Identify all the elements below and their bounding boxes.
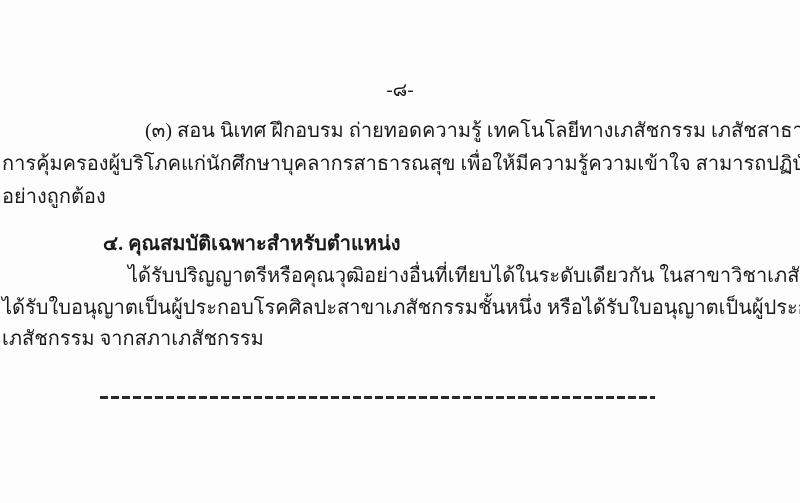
paragraph1-line3: อย่างถูกต้อง [2, 182, 106, 212]
document-page: -๘- (๓) สอน นิเทศ ฝึกอบรม ถ่ายทอดความรู้… [0, 0, 800, 503]
paragraph1-line2: การคุ้มครองผู้บริโภคแก่นักศึกษาบุคลากรสา… [2, 149, 800, 179]
paragraph2-line1: ได้รับปริญญาตรีหรือคุณวุฒิอย่างอื่นที่เท… [128, 261, 800, 291]
paragraph2-line3: เภสัชกรรม จากสภาเภสัชกรรม [2, 324, 264, 354]
paragraph1-line1: (๓) สอน นิเทศ ฝึกอบรม ถ่ายทอดความรู้ เทค… [145, 116, 800, 146]
page-number: -๘- [0, 77, 800, 105]
dashed-divider [100, 396, 655, 399]
paragraph2-line2: ได้รับใบอนุญาตเป็นผู้ประกอบโรคศิลปะสาขาเ… [2, 293, 800, 323]
section-heading: ๔. คุณสมบัติเฉพาะสำหรับตำแหน่ง [103, 229, 401, 259]
